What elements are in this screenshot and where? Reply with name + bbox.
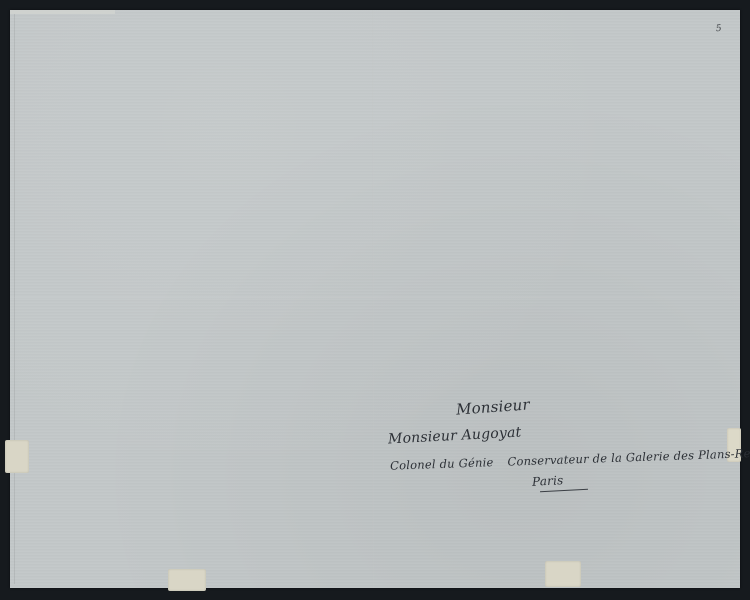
tape-fragment-bottom-left	[168, 569, 206, 591]
tape-fragment-left	[5, 440, 29, 473]
paper-edge-strip	[10, 10, 115, 14]
paper-edge-line	[14, 14, 15, 584]
horizontal-fold-line	[10, 297, 740, 298]
document-viewer: 5 Monsieur Monsieur Augoyat Colonel du G…	[0, 0, 750, 600]
letter-sheet	[10, 10, 740, 588]
tape-fragment-bottom-right	[545, 561, 581, 587]
vertical-fold-line	[372, 10, 374, 588]
address-city: Paris	[532, 473, 564, 489]
page-number: 5	[715, 24, 722, 35]
